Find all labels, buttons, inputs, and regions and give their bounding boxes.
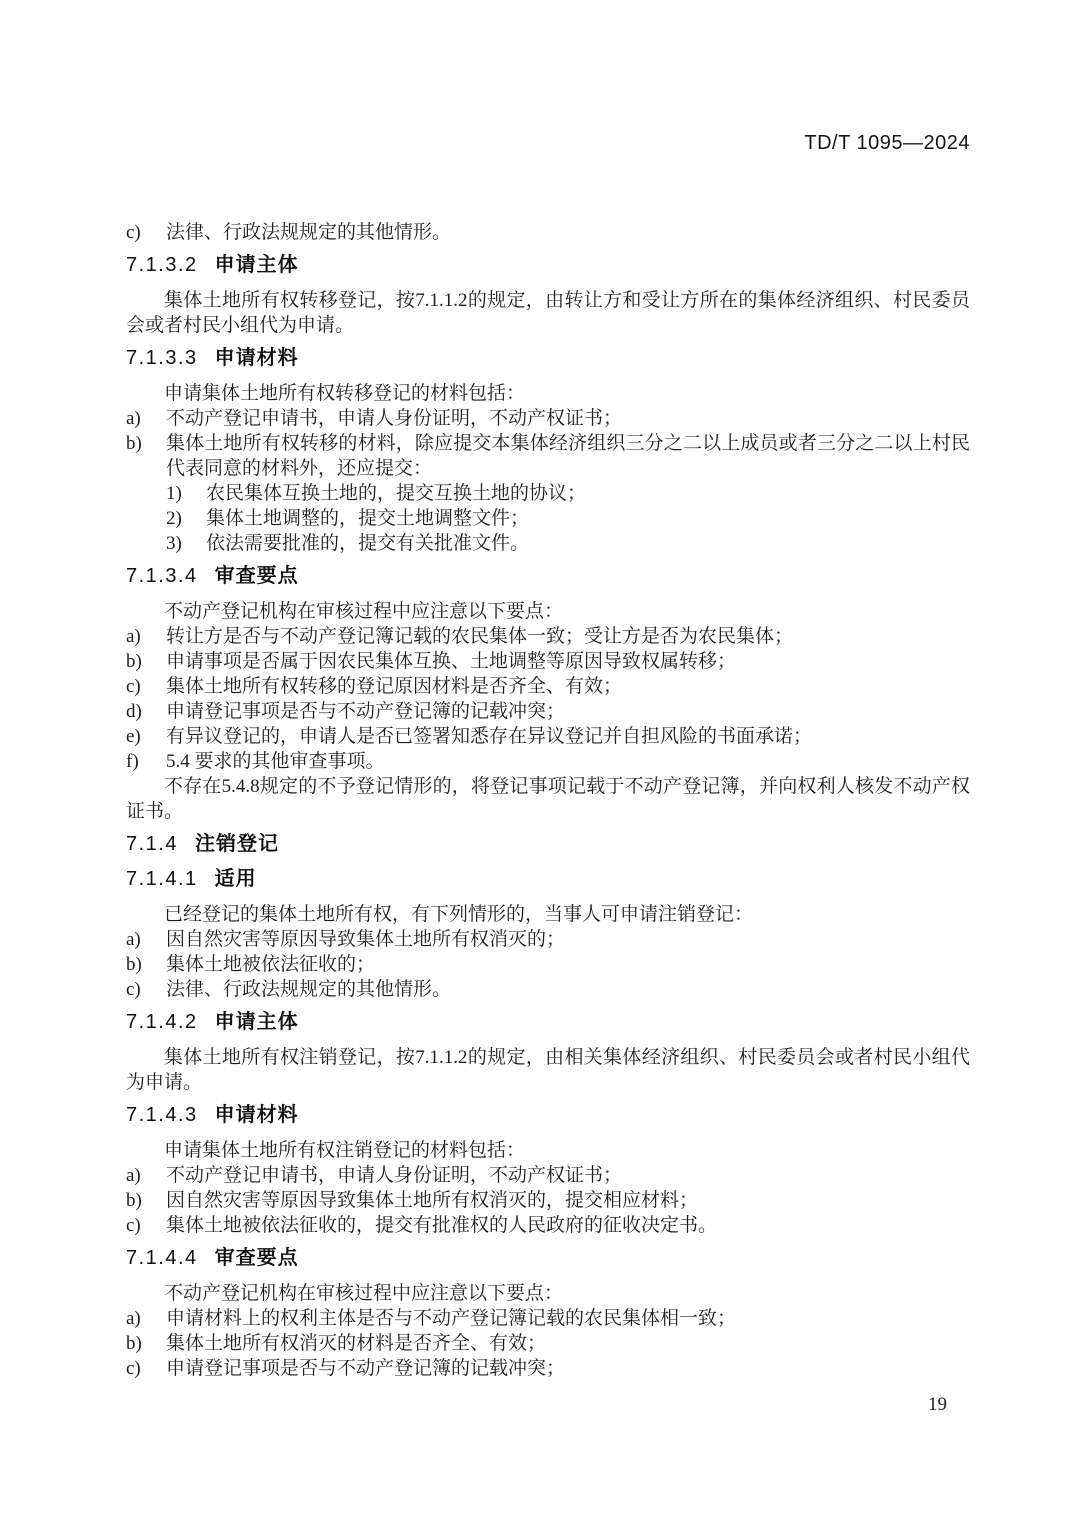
list-item: c) 申请登记事项是否与不动产登记簿的记载冲突； (126, 1356, 970, 1381)
section-title: 审查要点 (215, 565, 299, 587)
list-item-text: 因自然灾害等原因导致集体土地所有权消灭的； (166, 927, 970, 952)
list-item-text: 集体土地所有权转移的登记原因材料是否齐全、有效； (166, 674, 970, 699)
list-item-text: 农民集体互换土地的，提交互换土地的协议； (206, 481, 970, 506)
doc-code: TD/T 1095—2024 (804, 131, 970, 156)
list-item: b) 集体土地被依法征收的； (126, 952, 970, 977)
section-number: 7.1.4 (126, 833, 178, 855)
list-item: a) 不动产登记申请书，申请人身份证明，不动产权证书； (126, 1163, 970, 1188)
list-item: d) 申请登记事项是否与不动产登记簿的记载冲突； (126, 699, 970, 724)
section-number: 7.1.4.2 (126, 1011, 198, 1033)
section-title: 审查要点 (215, 1247, 299, 1269)
list-item: b) 集体土地所有权消灭的材料是否齐全、有效； (126, 1331, 970, 1356)
list-item-text: 法律、行政法规规定的其他情形。 (166, 977, 970, 1002)
list-item: c) 法律、行政法规规定的其他情形。 (126, 977, 970, 1002)
page-content: c) 法律、行政法规规定的其他情形。 7.1.3.2申请主体 集体土地所有权转移… (126, 220, 970, 1381)
sub-list-item: 1) 农民集体互换土地的，提交互换土地的协议； (166, 481, 970, 506)
list-intro: 不动产登记机构在审核过程中应注意以下要点： (126, 1281, 970, 1306)
list-marker: 1) (166, 481, 206, 506)
section-number: 7.1.3.2 (126, 254, 198, 276)
list-item-text: 法律、行政法规规定的其他情形。 (166, 220, 970, 245)
list-item-text: 申请登记事项是否与不动产登记簿的记载冲突； (166, 1356, 970, 1381)
list-item-text: 有异议登记的，申请人是否已签署知悉存在异议登记并自担风险的书面承诺； (166, 724, 970, 749)
section-heading-714: 7.1.4注销登记 (126, 832, 970, 857)
list-intro: 申请集体土地所有权注销登记的材料包括： (126, 1138, 970, 1163)
section-heading-7141: 7.1.4.1适用 (126, 867, 970, 892)
section-title: 适用 (215, 868, 257, 890)
section-title: 申请材料 (215, 1104, 299, 1126)
list-item: b) 申请事项是否属于因农民集体互换、土地调整等原因导致权属转移； (126, 649, 970, 674)
section-heading-7144: 7.1.4.4审查要点 (126, 1246, 970, 1271)
list-marker: 3) (166, 531, 206, 556)
list-marker: a) (126, 1163, 166, 1188)
list-item-text: 不动产登记申请书，申请人身份证明，不动产权证书； (166, 1163, 970, 1188)
list-marker: b) (126, 649, 166, 674)
section-heading-7133: 7.1.3.3申请材料 (126, 346, 970, 371)
list-marker: b) (126, 431, 166, 456)
section-title: 注销登记 (195, 833, 279, 855)
list-item-text: 集体土地被依法征收的，提交有批准权的人民政府的征收决定书。 (166, 1213, 970, 1238)
list-intro: 已经登记的集体土地所有权，有下列情形的，当事人可申请注销登记： (126, 902, 970, 927)
section-number: 7.1.4.4 (126, 1247, 198, 1269)
section-heading-7142: 7.1.4.2申请主体 (126, 1010, 970, 1035)
document-page: TD/T 1095—2024 c) 法律、行政法规规定的其他情形。 7.1.3.… (0, 0, 1074, 1520)
list-item-text: 集体土地所有权转移的材料，除应提交本集体经济组织三分之二以上成员或者三分之二以上… (166, 431, 970, 481)
list-marker: c) (126, 977, 166, 1002)
list-marker: c) (126, 220, 166, 245)
list-item: a) 申请材料上的权利主体是否与不动产登记簿记载的农民集体相一致； (126, 1306, 970, 1331)
list-marker: b) (126, 1331, 166, 1356)
list-marker: a) (126, 927, 166, 952)
list-intro: 申请集体土地所有权转移登记的材料包括： (126, 381, 970, 406)
list-item-text: 集体土地被依法征收的； (166, 952, 970, 977)
list-item-text: 集体土地调整的，提交土地调整文件； (206, 506, 970, 531)
list-item: a) 因自然灾害等原因导致集体土地所有权消灭的； (126, 927, 970, 952)
sub-list-item: 2) 集体土地调整的，提交土地调整文件； (166, 506, 970, 531)
section-number: 7.1.3.4 (126, 565, 198, 587)
list-marker: b) (126, 1188, 166, 1213)
list-marker: b) (126, 952, 166, 977)
list-item: b) 集体土地所有权转移的材料，除应提交本集体经济组织三分之二以上成员或者三分之… (126, 431, 970, 481)
list-item: c) 集体土地被依法征收的，提交有批准权的人民政府的征收决定书。 (126, 1213, 970, 1238)
list-item: f) 5.4 要求的其他审查事项。 (126, 749, 970, 774)
page-number: 19 (928, 1392, 947, 1417)
list-intro: 不动产登记机构在审核过程中应注意以下要点： (126, 599, 970, 624)
list-item: a) 不动产登记申请书，申请人身份证明，不动产权证书； (126, 406, 970, 431)
list-marker: a) (126, 624, 166, 649)
list-marker: 2) (166, 506, 206, 531)
list-marker: c) (126, 1356, 166, 1381)
section-number: 7.1.3.3 (126, 347, 198, 369)
list-item-text: 申请登记事项是否与不动产登记簿的记载冲突； (166, 699, 970, 724)
list-marker: d) (126, 699, 166, 724)
section-heading-7143: 7.1.4.3申请材料 (126, 1103, 970, 1128)
section-heading-7134: 7.1.3.4审查要点 (126, 564, 970, 589)
list-marker: a) (126, 1306, 166, 1331)
list-item-text: 申请材料上的权利主体是否与不动产登记簿记载的农民集体相一致； (166, 1306, 970, 1331)
sub-list-item: 3) 依法需要批准的，提交有关批准文件。 (166, 531, 970, 556)
list-item-text: 依法需要批准的，提交有关批准文件。 (206, 531, 970, 556)
list-item: c) 法律、行政法规规定的其他情形。 (126, 220, 970, 245)
list-item-text: 因自然灾害等原因导致集体土地所有权消灭的，提交相应材料； (166, 1188, 970, 1213)
list-marker: a) (126, 406, 166, 431)
section-title: 申请主体 (215, 1011, 299, 1033)
list-marker: f) (126, 749, 166, 774)
list-item-text: 不动产登记申请书，申请人身份证明，不动产权证书； (166, 406, 970, 431)
paragraph: 集体土地所有权注销登记，按7.1.1.2的规定，由相关集体经济组织、村民委员会或… (126, 1045, 970, 1095)
paragraph: 集体土地所有权转移登记，按7.1.1.2的规定，由转让方和受让方所在的集体经济组… (126, 288, 970, 338)
section-title: 申请材料 (215, 347, 299, 369)
section-number: 7.1.4.3 (126, 1104, 198, 1126)
list-item: b) 因自然灾害等原因导致集体土地所有权消灭的，提交相应材料； (126, 1188, 970, 1213)
list-item: c) 集体土地所有权转移的登记原因材料是否齐全、有效； (126, 674, 970, 699)
list-item-text: 申请事项是否属于因农民集体互换、土地调整等原因导致权属转移； (166, 649, 970, 674)
section-title: 申请主体 (215, 254, 299, 276)
list-item: e) 有异议登记的，申请人是否已签署知悉存在异议登记并自担风险的书面承诺； (126, 724, 970, 749)
section-heading-7132: 7.1.3.2申请主体 (126, 253, 970, 278)
list-item-text: 5.4 要求的其他审查事项。 (166, 749, 970, 774)
list-marker: c) (126, 674, 166, 699)
list-item-text: 转让方是否与不动产登记簿记载的农民集体一致；受让方是否为农民集体； (166, 624, 970, 649)
list-item: a) 转让方是否与不动产登记簿记载的农民集体一致；受让方是否为农民集体； (126, 624, 970, 649)
list-item-text: 集体土地所有权消灭的材料是否齐全、有效； (166, 1331, 970, 1356)
paragraph: 不存在5.4.8规定的不予登记情形的，将登记事项记载于不动产登记簿，并向权利人核… (126, 774, 970, 824)
section-number: 7.1.4.1 (126, 868, 198, 890)
list-marker: c) (126, 1213, 166, 1238)
list-marker: e) (126, 724, 166, 749)
